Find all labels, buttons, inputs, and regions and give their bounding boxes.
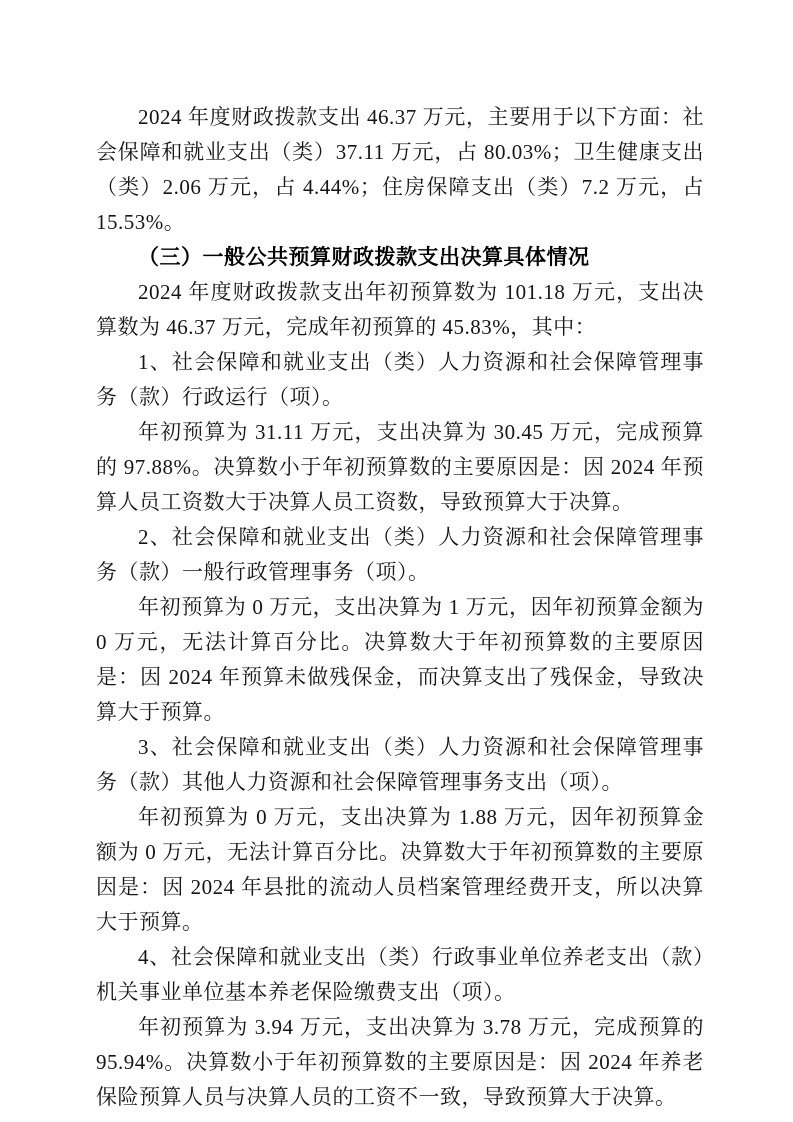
paragraph-item-1-title: 1、社会保障和就业支出（类）人力资源和社会保障管理事务（款）行政运行（项）。 bbox=[96, 345, 704, 415]
paragraph-item-2-detail: 年初预算为 0 万元，支出决算为 1 万元，因年初预算金额为 0 万元，无法计算… bbox=[96, 590, 704, 730]
paragraph-item-4-title: 4、社会保障和就业支出（类）行政事业单位养老支出（款）机关事业单位基本养老保险缴… bbox=[96, 940, 704, 1010]
paragraph-item-1-detail: 年初预算为 31.11 万元，支出决算为 30.45 万元，完成预算的 97.8… bbox=[96, 415, 704, 520]
paragraph-budget-summary: 2024 年度财政拨款支出年初预算数为 101.18 万元，支出决算数为 46.… bbox=[96, 275, 704, 345]
document-page: 2024 年度财政拨款支出 46.37 万元，主要用于以下方面：社会保障和就业支… bbox=[0, 0, 793, 1122]
paragraph-funding-overview: 2024 年度财政拨款支出 46.37 万元，主要用于以下方面：社会保障和就业支… bbox=[96, 100, 704, 240]
paragraph-item-2-title: 2、社会保障和就业支出（类）人力资源和社会保障管理事务（款）一般行政管理事务（项… bbox=[96, 520, 704, 590]
section-heading: （三）一般公共预算财政拨款支出决算具体情况 bbox=[96, 240, 704, 275]
paragraph-item-4-detail: 年初预算为 3.94 万元，支出决算为 3.78 万元，完成预算的 95.94%… bbox=[96, 1010, 704, 1115]
document-content: 2024 年度财政拨款支出 46.37 万元，主要用于以下方面：社会保障和就业支… bbox=[96, 100, 704, 1115]
paragraph-item-3-detail: 年初预算为 0 万元，支出决算为 1.88 万元，因年初预算金额为 0 万元，无… bbox=[96, 800, 704, 940]
paragraph-item-3-title: 3、社会保障和就业支出（类）人力资源和社会保障管理事务（款）其他人力资源和社会保… bbox=[96, 730, 704, 800]
